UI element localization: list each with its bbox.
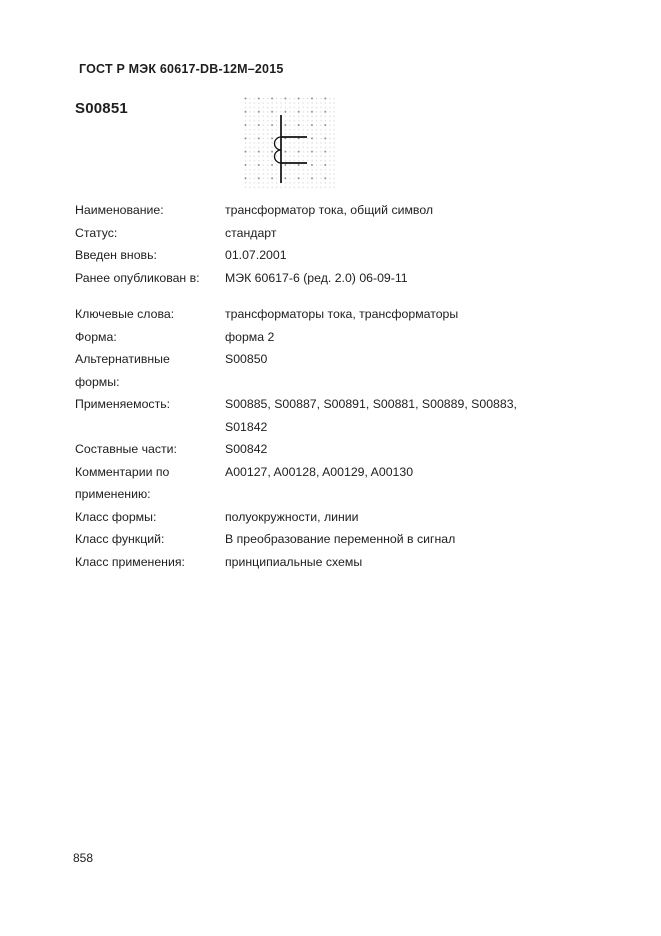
property-label: Введен вновь: (75, 244, 225, 267)
property-value: МЭК 60617-6 (ред. 2.0) 06-09-11 (225, 267, 553, 290)
table-row: Класс применения: принципиальные схемы (75, 551, 553, 574)
symbol-id: S00851 (75, 100, 128, 117)
page-number: 858 (73, 851, 93, 865)
property-label: Форма: (75, 326, 225, 349)
property-label: Наименование: (75, 199, 225, 222)
property-label: Комментарии по применению: (75, 461, 225, 506)
property-value: стандарт (225, 222, 553, 245)
property-value: форма 2 (225, 326, 553, 349)
property-value: В преобразование переменной в сигнал (225, 528, 553, 551)
table-row: Класс функций: В преобразование переменн… (75, 528, 553, 551)
current-transformer-icon (243, 96, 335, 190)
property-label: Класс формы: (75, 506, 225, 529)
table-row: Применяемость: S00885, S00887, S00891, S… (75, 393, 553, 438)
table-row: Наименование: трансформатор тока, общий … (75, 199, 553, 222)
property-label: Составные части: (75, 438, 225, 461)
property-label: Альтернативные формы: (75, 348, 225, 393)
document-page: ГОСТ Р МЭК 60617-DB-12M–2015 S00851 Наим… (0, 0, 661, 936)
property-value: 01.07.2001 (225, 244, 553, 267)
property-label: Применяемость: (75, 393, 225, 438)
property-label: Ключевые слова: (75, 303, 225, 326)
property-value: S00842 (225, 438, 553, 461)
table-row: Ключевые слова: трансформаторы тока, тра… (75, 303, 553, 326)
property-label: Статус: (75, 222, 225, 245)
property-value: трансформатор тока, общий символ (225, 199, 553, 222)
property-value: трансформаторы тока, трансформаторы (225, 303, 553, 326)
properties-table: Наименование: трансформатор тока, общий … (75, 199, 553, 573)
table-row: Альтернативные формы: S00850 (75, 348, 553, 393)
table-row: Введен вновь: 01.07.2001 (75, 244, 553, 267)
property-label: Класс применения: (75, 551, 225, 574)
document-title: ГОСТ Р МЭК 60617-DB-12M–2015 (79, 62, 284, 76)
table-row: Класс формы: полуокружности, линии (75, 506, 553, 529)
table-row: Комментарии по применению: A00127, A0012… (75, 461, 553, 506)
current-transformer-symbol-figure (243, 96, 335, 190)
property-label: Класс функций: (75, 528, 225, 551)
table-row: Ранее опубликован в: МЭК 60617-6 (ред. 2… (75, 267, 553, 290)
property-value: S00885, S00887, S00891, S00881, S00889, … (225, 393, 553, 438)
property-value: S00850 (225, 348, 553, 393)
property-value: A00127, A00128, A00129, A00130 (225, 461, 553, 506)
property-value: полуокружности, линии (225, 506, 553, 529)
property-value: принципиальные схемы (225, 551, 553, 574)
table-row: Форма: форма 2 (75, 326, 553, 349)
table-row: Составные части: S00842 (75, 438, 553, 461)
table-row: Статус: стандарт (75, 222, 553, 245)
property-label: Ранее опубликован в: (75, 267, 225, 290)
